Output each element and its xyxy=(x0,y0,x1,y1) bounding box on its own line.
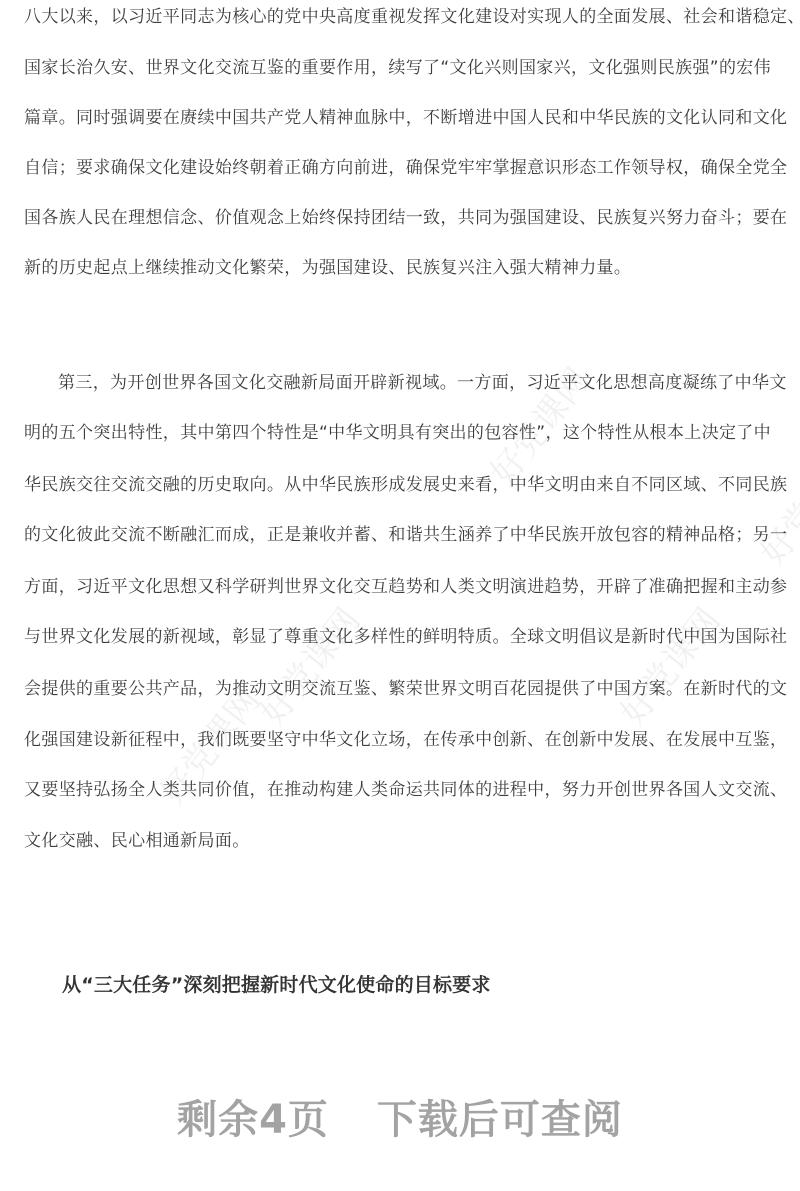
text-line: 明的五个突出特性，其中第四个特性是“中华文明具有突出的包容性”，这个特性从根本上… xyxy=(24,421,784,445)
text-line: 又要坚持弘扬全人类共同价值，在推动构建人类命运共同体的进程中，努力开创世界各国人… xyxy=(24,778,784,802)
text-line: 自信；要求确保文化建设始终朝着正确方向前进，确保党牢牢掌握意识形态工作领导权，确… xyxy=(24,156,784,180)
document-page: 好党课网 好党课网 好党课网 好党课网 好党课网 八大以来，以习近平同志为核心的… xyxy=(0,0,800,1191)
download-prompt[interactable]: 剩余4页下载后可查阅 xyxy=(0,1088,800,1145)
remaining-pages-label: 剩余4页 xyxy=(177,1088,329,1145)
watermark: 好党课网 xyxy=(607,596,729,733)
text-line: 化强国建设新征程中，我们既要坚守中华文化立场，在传承中创新、在创新中发展、在发展… xyxy=(24,728,784,752)
text-line: 第三，为开创世界各国文化交融新局面开辟新视域。一方面，习近平文化思想高度凝练了中… xyxy=(58,371,800,395)
text-line: 国各族人民在理想信念、价值观念上始终保持团结一致，共同为强国建设、民族复兴努力奋… xyxy=(24,206,784,230)
text-line: 篇章。同时强调要在赓续中国共产党人精神血脉中，不断增进中国人民和中华民族的文化认… xyxy=(24,106,784,130)
text-line: 华民族交往交流交融的历史取向。从中华民族形成发展史来看，中华文明由来自不同区域、… xyxy=(24,473,784,497)
text-line: 新的历史起点上继续推动文化繁荣，为强国建设、民族复兴注入强大精神力量。 xyxy=(24,256,784,280)
text-line: 的文化彼此交流不断融汇而成，正是兼收并蓄、和谐共生涵养了中华民族开放包容的精神品… xyxy=(24,523,784,547)
text-line: 会提供的重要公共产品，为推动文明交流互鉴、繁荣世界文明百花园提供了中国方案。在新… xyxy=(24,677,784,701)
text-line: 国家长治久安、世界文化交流互鉴的重要作用，续写了“文化兴则国家兴，文化强则民族强… xyxy=(24,56,784,80)
section-heading: 从“三大任务”深刻把握新时代文化使命的目标要求 xyxy=(62,970,491,997)
text-line: 八大以来，以习近平同志为核心的党中央高度重视发挥文化建设对实现人的全面发展、社会… xyxy=(24,5,784,29)
watermark: 好党课网 xyxy=(247,596,369,733)
text-line: 文化交融、民心相通新局面。 xyxy=(24,829,784,853)
watermark: 好党课网 xyxy=(747,436,800,573)
text-line: 方面，习近平文化思想又科学研判世界文化交互趋势和人类文明演进趋势，开辟了准确把握… xyxy=(24,575,784,599)
text-line: 与世界文化发展的新视域，彰显了尊重文化多样性的鲜明特质。全球文明倡议是新时代中国… xyxy=(24,625,784,649)
download-hint-label: 下载后可查阅 xyxy=(377,1088,623,1145)
